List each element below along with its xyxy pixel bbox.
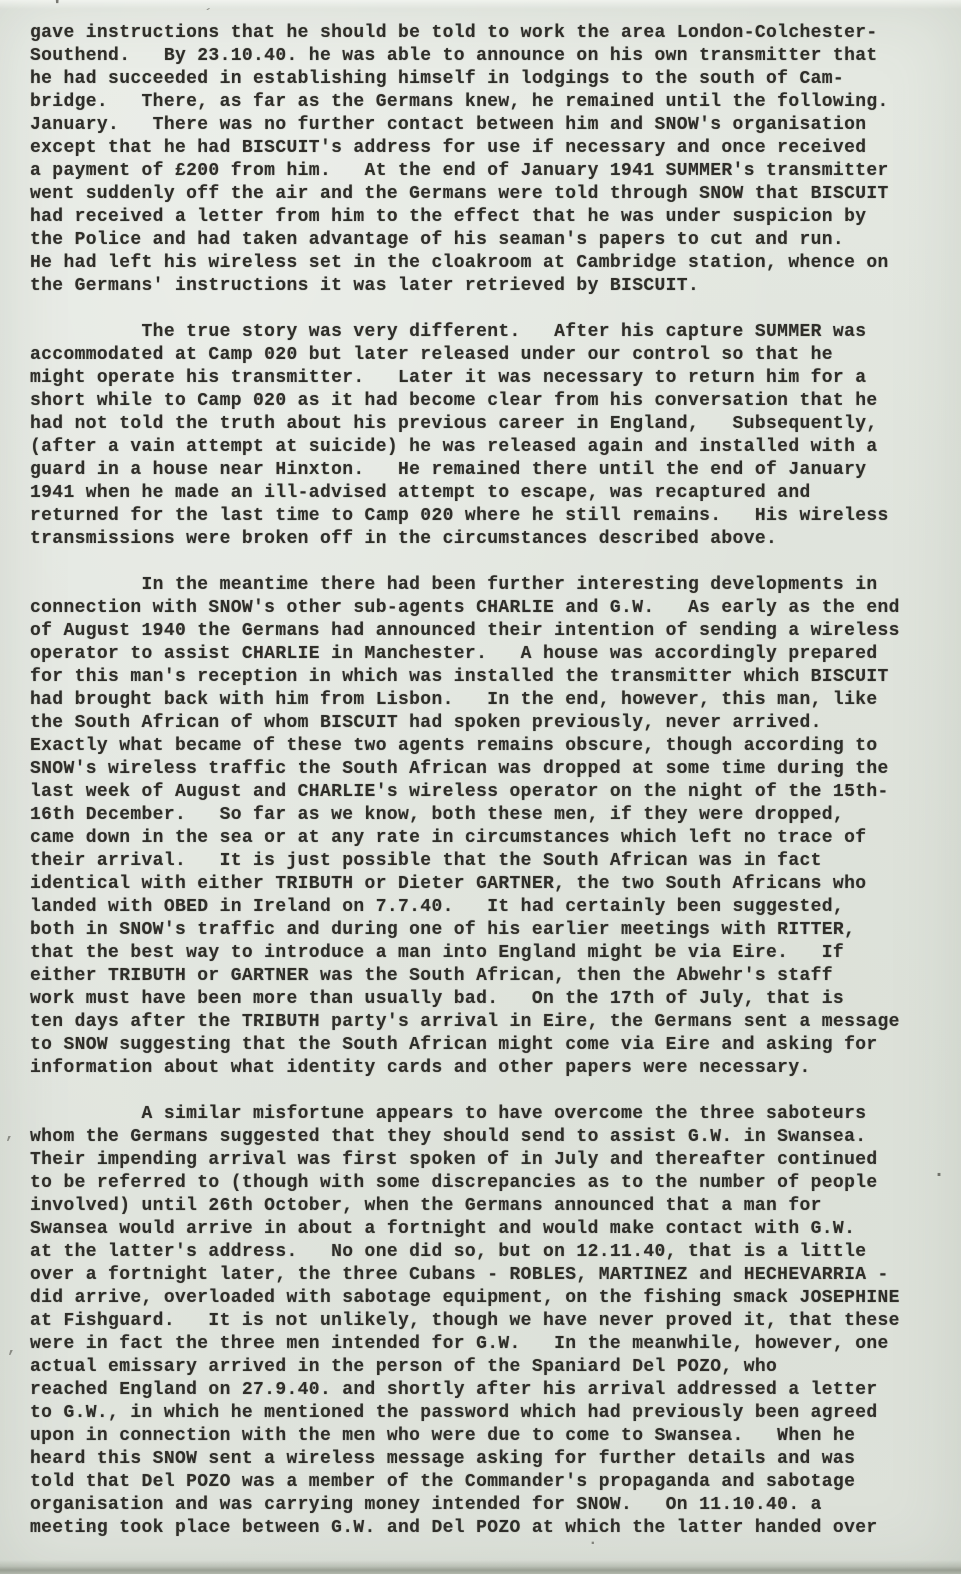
ink-speck: ´ <box>204 8 212 22</box>
paragraph-2: The true story was very different. After… <box>30 321 935 551</box>
ink-speck: , <box>5 1126 15 1142</box>
paragraph-4: A similar misfortune appears to have ove… <box>30 1103 935 1540</box>
page-bottom-edge <box>0 1560 961 1574</box>
paragraph-1: gave instructions that he should be told… <box>30 22 935 298</box>
ink-speck: ´ <box>86 1526 96 1542</box>
page-top-edge <box>0 0 961 9</box>
ink-speck: . <box>933 1162 945 1182</box>
document-text: gave instructions that he should be told… <box>30 22 935 1563</box>
ink-speck: ' <box>50 0 64 20</box>
paragraph-3: In the meantime there had been further i… <box>30 574 935 1080</box>
ink-speck: . <box>588 1532 598 1548</box>
ink-speck: , <box>7 1340 17 1356</box>
document-page: gave instructions that he should be told… <box>0 0 961 1574</box>
